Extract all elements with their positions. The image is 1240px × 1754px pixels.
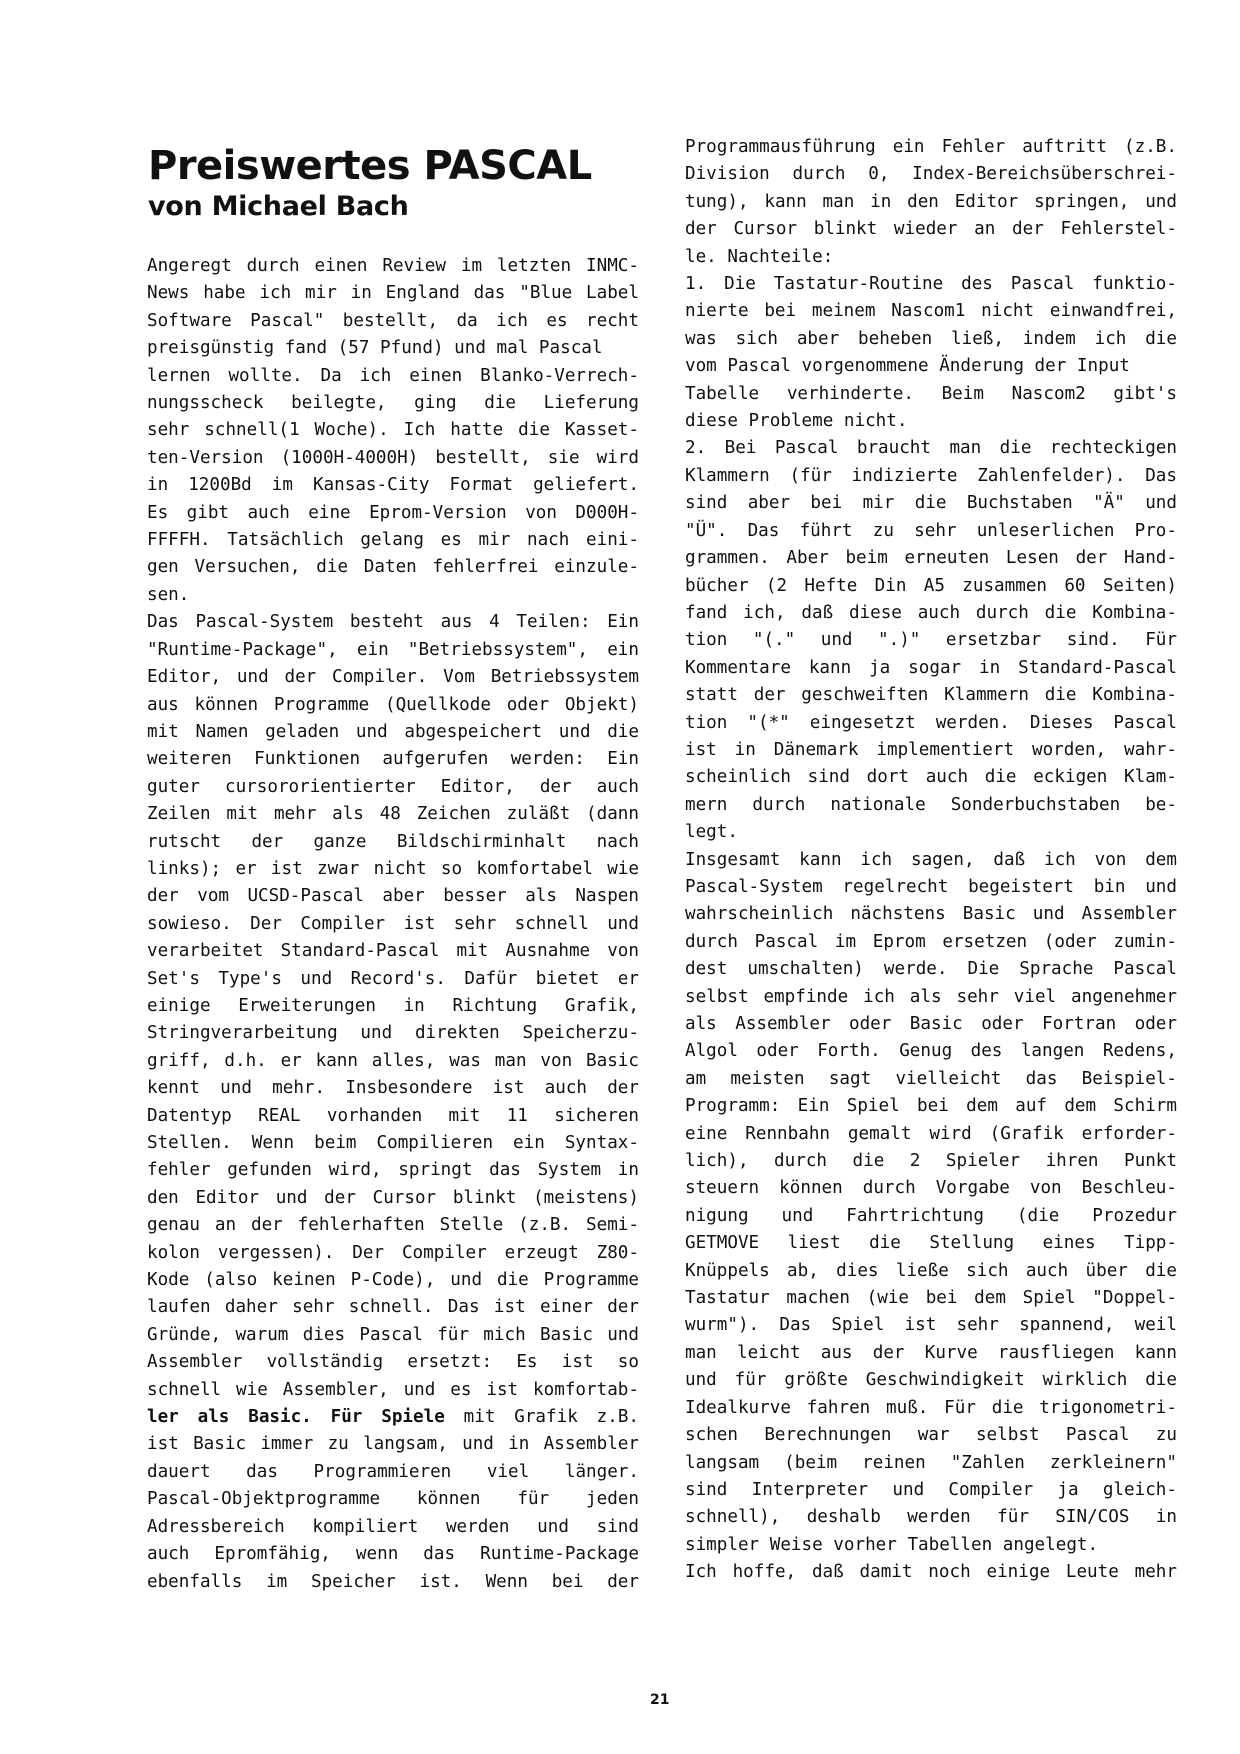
text-line: am meisten sagt vielleicht das Beispiel- <box>685 1066 1177 1093</box>
text-line: und für größte Geschwindigkeit wirklich … <box>685 1367 1177 1394</box>
text-line: ebenfalls im Speicher ist. Wenn bei der <box>147 1569 639 1596</box>
text-line: verarbeitet Standard-Pascal mit Ausnahme… <box>147 938 639 965</box>
text-line: ist Basic immer zu langsam, und in Assem… <box>147 1431 639 1458</box>
text-line: schnell), deshalb werden für SIN/COS in <box>685 1504 1177 1531</box>
text-line: mern durch nationale Sonderbuchstaben be… <box>685 792 1177 819</box>
text-line: auch Epromfähig, wenn das Runtime-Packag… <box>147 1541 639 1568</box>
text-line: den Editor und der Cursor blinkt (meiste… <box>147 1185 639 1212</box>
text-line: "Runtime-Package", ein "Betriebssystem",… <box>147 637 639 664</box>
text-line: Pascal-System regelrecht begeistert bin … <box>685 874 1177 901</box>
text-line: statt der geschweiften Klammern die Komb… <box>685 682 1177 709</box>
text-line: Datentyp REAL vorhanden mit 11 sicheren <box>147 1103 639 1130</box>
text-line: dest umschalten) werde. Die Sprache Pasc… <box>685 956 1177 983</box>
article-byline: von Michael Bach <box>148 190 409 224</box>
bold-run: ler als Basic. Für Spiele <box>147 1407 445 1427</box>
text-line: bücher (2 Hefte Din A5 zusammen 60 Seite… <box>685 573 1177 600</box>
text-line: diese Probleme nicht. <box>685 408 1177 435</box>
text-line: sen. <box>147 582 639 609</box>
text-line: Insgesamt kann ich sagen, daß ich von de… <box>685 847 1177 874</box>
text-line: sehr schnell(1 Woche). Ich hatte die Kas… <box>147 417 639 444</box>
text-line: eine Rennbahn gemalt wird (Grafik erford… <box>685 1121 1177 1148</box>
text-line: Angeregt durch einen Review im letzten I… <box>147 253 639 280</box>
text-line: Software Pascal" bestellt, da ich es rec… <box>147 308 639 335</box>
text-line: schen Berechnungen war selbst Pascal zu <box>685 1422 1177 1449</box>
text-line: wahrscheinlich nächstens Basic und Assem… <box>685 901 1177 928</box>
text-line: mit Namen geladen und abgespeichert und … <box>147 719 639 746</box>
text-line: der Cursor blinkt wieder an der Fehlerst… <box>685 216 1177 243</box>
text-line: Klammern (für indizierte Zahlenfelder). … <box>685 463 1177 490</box>
text-line: in 1200Bd im Kansas-City Format geliefer… <box>147 472 639 499</box>
text-line: Idealkurve fahren muß. Für die trigonome… <box>685 1395 1177 1422</box>
text-line: simpler Weise vorher Tabellen angelegt. <box>685 1532 1177 1559</box>
text-line: sind aber bei mir die Buchstaben "Ä" und <box>685 490 1177 517</box>
text-line: weiteren Funktionen aufgerufen werden: E… <box>147 746 639 773</box>
text-line: FFFFH. Tatsächlich gelang es mir nach ei… <box>147 527 639 554</box>
text-line: Editor, und der Compiler. Vom Betriebssy… <box>147 664 639 691</box>
text-line: Tabelle verhinderte. Beim Nascom2 gibt's <box>685 381 1177 408</box>
text-line: lernen wollte. Da ich einen Blanko-Verre… <box>147 363 639 390</box>
text-line: genau an der fehlerhaften Stelle (z.B. S… <box>147 1212 639 1239</box>
text-line: schnell wie Assembler, und es ist komfor… <box>147 1377 639 1404</box>
text-line: Programm: Ein Spiel bei dem auf dem Schi… <box>685 1093 1177 1120</box>
text-line: tion "(*" eingesetzt werden. Dieses Pasc… <box>685 710 1177 737</box>
text-line: Pascal-Objektprogramme können für jeden <box>147 1486 639 1513</box>
text-line: einige Erweiterungen in Richtung Grafik, <box>147 993 639 1020</box>
text-line: aus können Programme (Quellkode oder Obj… <box>147 692 639 719</box>
text-line: tung), kann man in den Editor springen, … <box>685 189 1177 216</box>
text-line: was sich aber beheben ließ, indem ich di… <box>685 326 1177 353</box>
text-line: dauert das Programmieren viel länger. <box>147 1459 639 1486</box>
article-title: Preiswertes PASCAL <box>148 143 592 189</box>
text-line: preisgünstig fand (57 Pfund) und mal Pas… <box>147 335 639 362</box>
text-line: guter cursororientierter Editor, der auc… <box>147 774 639 801</box>
text-line: Kode (also keinen P-Code), und die Progr… <box>147 1267 639 1294</box>
text-line: steuern können durch Vorgabe von Beschle… <box>685 1175 1177 1202</box>
page-number: 21 <box>650 1692 669 1708</box>
text-line: News habe ich mir in England das "Blue L… <box>147 280 639 307</box>
text-line: Set's Type's und Record's. Dafür bietet … <box>147 966 639 993</box>
text-line: gen Versuchen, die Daten fehlerfrei einz… <box>147 554 639 581</box>
text-line: 1. Die Tastatur-Routine des Pascal funkt… <box>685 271 1177 298</box>
text-line: Kommentare kann ja sogar in Standard-Pas… <box>685 655 1177 682</box>
left-text-column: Angeregt durch einen Review im letzten I… <box>147 253 639 1596</box>
text-line: durch Pascal im Eprom ersetzen (oder zum… <box>685 929 1177 956</box>
text-line: Assembler vollständig ersetzt: Es ist so <box>147 1349 639 1376</box>
text-line: Zeilen mit mehr als 48 Zeichen zuläßt (d… <box>147 801 639 828</box>
text-line: GETMOVE liest die Stellung eines Tipp- <box>685 1230 1177 1257</box>
text-line: sind Interpreter und Compiler ja gleich- <box>685 1477 1177 1504</box>
text-line: 2. Bei Pascal braucht man die rechteckig… <box>685 435 1177 462</box>
text-line: ler als Basic. Für Spiele mit Grafik z.B… <box>147 1404 639 1431</box>
text-line: Knüppels ab, dies ließe sich auch über d… <box>685 1258 1177 1285</box>
text-line: legt. <box>685 819 1177 846</box>
text-line: wurm"). Das Spiel ist sehr spannend, wei… <box>685 1312 1177 1339</box>
text-line: Algol oder Forth. Genug des langen Reden… <box>685 1038 1177 1065</box>
text-line: griff, d.h. er kann alles, was man von B… <box>147 1048 639 1075</box>
text-line: rutscht der ganze Bildschirminhalt nach <box>147 829 639 856</box>
text-line: ten-Version (1000H-4000H) bestellt, sie … <box>147 445 639 472</box>
text-line: Es gibt auch eine Eprom-Version von D000… <box>147 500 639 527</box>
text-line: Das Pascal-System besteht aus 4 Teilen: … <box>147 609 639 636</box>
text-line: Tastatur machen (wie bei dem Spiel "Dopp… <box>685 1285 1177 1312</box>
text-line: Stellen. Wenn beim Compilieren ein Synta… <box>147 1130 639 1157</box>
text-line: nungsscheck beilegte, ging die Lieferung <box>147 390 639 417</box>
text-line: Adressbereich kompiliert werden und sind <box>147 1514 639 1541</box>
text-line: Gründe, warum dies Pascal für mich Basic… <box>147 1322 639 1349</box>
text-line: tion "(." und ".)" ersetzbar sind. Für <box>685 627 1177 654</box>
text-line: vom Pascal vorgenommene Änderung der Inp… <box>685 353 1177 380</box>
text-line: langsam (beim reinen "Zahlen zerkleinern… <box>685 1450 1177 1477</box>
text-line: le. Nachteile: <box>685 244 1177 271</box>
text-line: laufen daher sehr schnell. Das ist einer… <box>147 1294 639 1321</box>
text-line: Division durch 0, Index-Bereichsüberschr… <box>685 161 1177 188</box>
text-line: nigung und Fahrtrichtung (die Prozedur <box>685 1203 1177 1230</box>
text-line: selbst empfinde ich als sehr viel angene… <box>685 984 1177 1011</box>
text-line: nierte bei meinem Nascom1 nicht einwandf… <box>685 298 1177 325</box>
text-line: man leicht aus der Kurve rausfliegen kan… <box>685 1340 1177 1367</box>
text-line: kennt und mehr. Insbesondere ist auch de… <box>147 1075 639 1102</box>
text-line: der vom UCSD-Pascal aber besser als Nasp… <box>147 883 639 910</box>
text-line: grammen. Aber beim erneuten Lesen der Ha… <box>685 545 1177 572</box>
text-line: links); er ist zwar nicht so komfortabel… <box>147 856 639 883</box>
right-text-column: Programmausführung ein Fehler auftritt (… <box>685 134 1177 1587</box>
text-line: Programmausführung ein Fehler auftritt (… <box>685 134 1177 161</box>
text-line: lich), durch die 2 Spieler ihren Punkt <box>685 1148 1177 1175</box>
text-line: Ich hoffe, daß damit noch einige Leute m… <box>685 1559 1177 1586</box>
text-line: fehler gefunden wird, springt das System… <box>147 1157 639 1184</box>
text-line: kolon vergessen). Der Compiler erzeugt Z… <box>147 1240 639 1267</box>
text-line: scheinlich sind dort auch die eckigen Kl… <box>685 764 1177 791</box>
text-line: Stringverarbeitung und direkten Speicher… <box>147 1020 639 1047</box>
text-line: ist in Dänemark implementiert worden, wa… <box>685 737 1177 764</box>
text-line: sowieso. Der Compiler ist sehr schnell u… <box>147 911 639 938</box>
text-line: fand ich, daß diese auch durch die Kombi… <box>685 600 1177 627</box>
text-line: "Ü". Das führt zu sehr unleserlichen Pro… <box>685 518 1177 545</box>
text-line: als Assembler oder Basic oder Fortran od… <box>685 1011 1177 1038</box>
